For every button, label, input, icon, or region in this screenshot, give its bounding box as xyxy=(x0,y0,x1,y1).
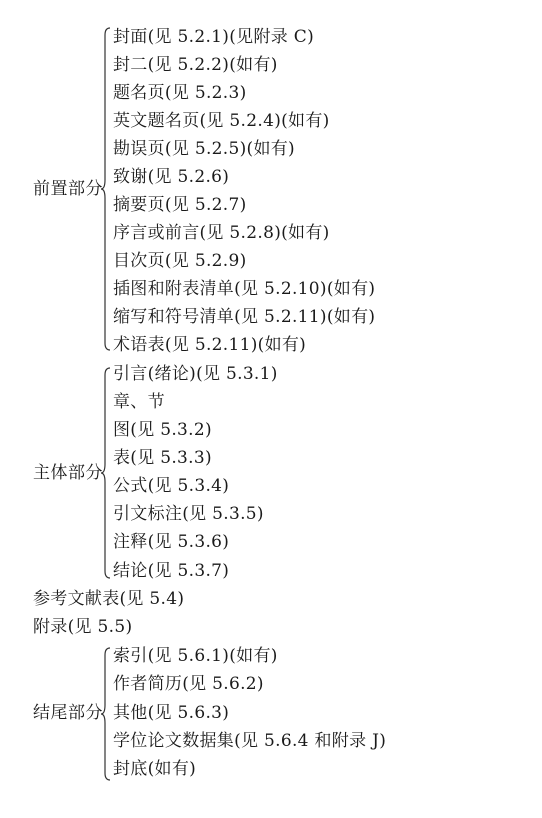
standalone-item-references: 参考文献表(见 5.4) xyxy=(33,585,184,613)
group-label-main-body: 主体部分 xyxy=(33,459,103,487)
list-item: 结论(见 5.3.7) xyxy=(113,557,229,585)
group-label-back-matter: 结尾部分 xyxy=(33,699,103,727)
list-item: 致谢(见 5.2.6) xyxy=(113,163,229,191)
list-item: 英文题名页(见 5.2.4)(如有) xyxy=(113,107,330,135)
list-item: 封底(如有) xyxy=(113,755,196,783)
list-item: 公式(见 5.3.4) xyxy=(113,472,229,500)
list-item: 引文标注(见 5.3.5) xyxy=(113,500,264,528)
list-item: 其他(见 5.6.3) xyxy=(113,699,229,727)
list-item: 摘要页(见 5.2.7) xyxy=(113,191,247,219)
group-label-front-matter: 前置部分 xyxy=(33,175,103,203)
list-item: 索引(见 5.6.1)(如有) xyxy=(113,642,278,670)
list-item: 图(见 5.3.2) xyxy=(113,416,212,444)
list-item: 题名页(见 5.2.3) xyxy=(113,79,247,107)
list-item: 插图和附表清单(见 5.2.10)(如有) xyxy=(113,275,375,303)
list-item: 章、节 xyxy=(113,388,165,416)
list-item: 作者简历(见 5.6.2) xyxy=(113,670,264,698)
list-item: 勘误页(见 5.2.5)(如有) xyxy=(113,135,295,163)
list-item: 目次页(见 5.2.9) xyxy=(113,247,247,275)
list-item: 引言(绪论)(见 5.3.1) xyxy=(113,360,278,388)
standalone-item-appendix: 附录(见 5.5) xyxy=(33,613,132,641)
list-item: 缩写和符号清单(见 5.2.11)(如有) xyxy=(113,303,375,331)
thesis-structure-diagram: 前置部分 封面(见 5.2.1)(见附录 C) 封二(见 5.2.2)(如有) … xyxy=(0,0,542,818)
list-item: 封面(见 5.2.1)(见附录 C) xyxy=(113,23,314,51)
list-item: 学位论文数据集(见 5.6.4 和附录 J) xyxy=(113,727,386,755)
list-item: 术语表(见 5.2.11)(如有) xyxy=(113,331,306,359)
list-item: 序言或前言(见 5.2.8)(如有) xyxy=(113,219,330,247)
list-item: 注释(见 5.3.6) xyxy=(113,528,229,556)
list-item: 封二(见 5.2.2)(如有) xyxy=(113,51,278,79)
list-item: 表(见 5.3.3) xyxy=(113,444,212,472)
